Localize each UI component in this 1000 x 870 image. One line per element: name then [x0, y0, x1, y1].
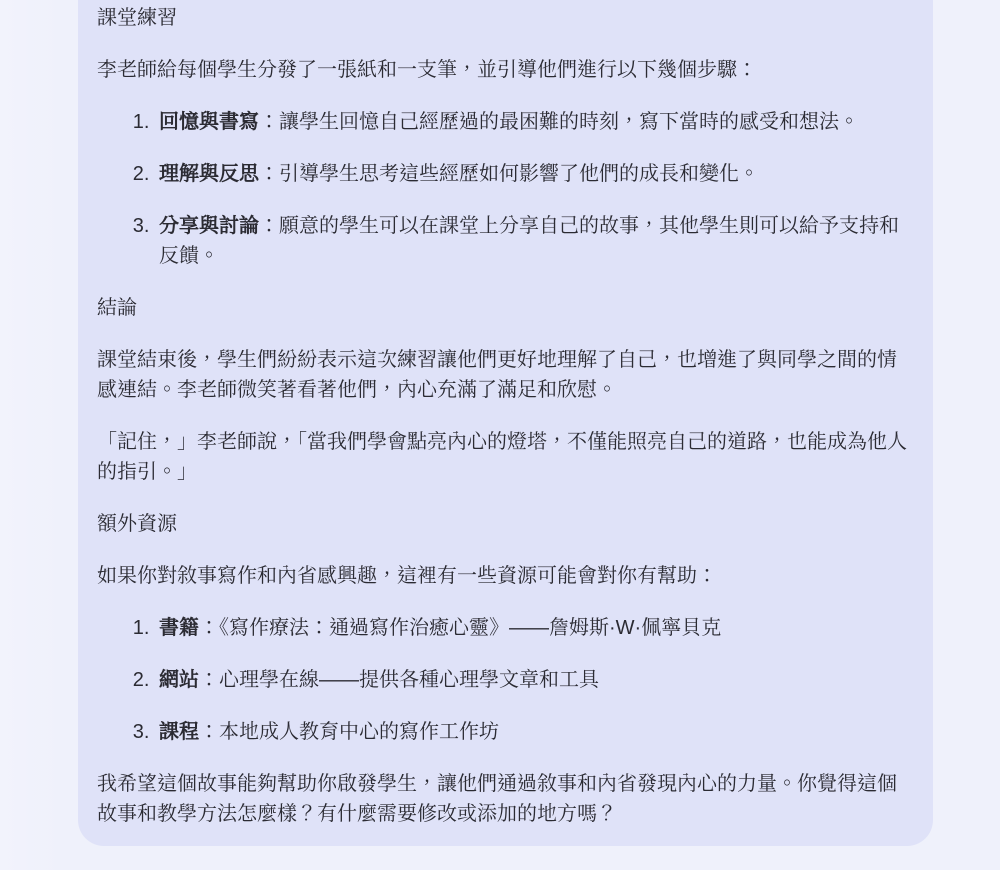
resource-term: 課程	[159, 721, 199, 743]
list-item-step-3: 分享與討論：願意的學生可以在課堂上分享自己的故事，其他學生則可以給予支持和反饋。	[155, 211, 912, 271]
resource-text: ：本地成人教育中心的寫作工作坊	[199, 721, 499, 743]
paragraph-classroom-intro: 李老師給每個學生分發了一張紙和一支筆，並引導他們進行以下幾個步驟：	[97, 55, 912, 85]
paragraph-resources-intro: 如果你對敘事寫作和內省感興趣，這裡有一些資源可能會對你有幫助：	[97, 561, 912, 591]
paragraph-conclusion-quote: 「記住，」李老師說，「當我們學會點亮內心的燈塔，不僅能照亮自己的道路，也能成為他…	[97, 427, 912, 487]
list-item-resource-1: 書籍：《寫作療法：通過寫作治癒心靈》——詹姆斯·W·佩寧貝克	[155, 613, 912, 643]
paragraph-conclusion: 課堂結束後，學生們紛紛表示這次練習讓他們更好地理解了自己，也增進了與同學之間的情…	[97, 345, 912, 405]
classroom-steps-list: 回憶與書寫：讓學生回憶自己經歷過的最困難的時刻，寫下當時的感受和想法。 理解與反…	[97, 107, 912, 271]
resource-term: 網站	[159, 669, 199, 691]
resource-text: ：心理學在線——提供各種心理學文章和工具	[199, 669, 599, 691]
resource-text: ：《寫作療法：通過寫作治癒心靈》——詹姆斯·W·佩寧貝克	[199, 617, 721, 639]
section-heading-extra-resources: 額外資源	[97, 509, 912, 539]
section-heading-classroom-exercise: 課堂練習	[97, 3, 912, 33]
paragraph-closing: 我希望這個故事能夠幫助你啟發學生，讓他們通過敘事和內省發現內心的力量。你覺得這個…	[97, 769, 912, 829]
list-item-step-2: 理解與反思：引導學生思考這些經歷如何影響了他們的成長和變化。	[155, 159, 912, 189]
step-text: ：引導學生思考這些經歷如何影響了他們的成長和變化。	[259, 163, 759, 185]
resource-term: 書籍	[159, 617, 199, 639]
list-item-resource-3: 課程：本地成人教育中心的寫作工作坊	[155, 717, 912, 747]
step-term: 分享與討論	[159, 215, 259, 237]
step-text: ：讓學生回憶自己經歷過的最困難的時刻，寫下當時的感受和想法。	[259, 111, 859, 133]
assistant-message-content: 課堂練習 李老師給每個學生分發了一張紙和一支筆，並引導他們進行以下幾個步驟： 回…	[78, 0, 933, 846]
section-heading-conclusion: 結論	[97, 293, 912, 323]
step-term: 回憶與書寫	[159, 111, 259, 133]
resources-list: 書籍：《寫作療法：通過寫作治癒心靈》——詹姆斯·W·佩寧貝克 網站：心理學在線—…	[97, 613, 912, 747]
assistant-message: 課堂練習 李老師給每個學生分發了一張紙和一支筆，並引導他們進行以下幾個步驟： 回…	[78, 0, 933, 846]
list-item-resource-2: 網站：心理學在線——提供各種心理學文章和工具	[155, 665, 912, 695]
step-text: ：願意的學生可以在課堂上分享自己的故事，其他學生則可以給予支持和反饋。	[159, 215, 899, 267]
conversation-background: 課堂練習 李老師給每個學生分發了一張紙和一支筆，並引導他們進行以下幾個步驟： 回…	[0, 0, 1000, 870]
list-item-step-1: 回憶與書寫：讓學生回憶自己經歷過的最困難的時刻，寫下當時的感受和想法。	[155, 107, 912, 137]
step-term: 理解與反思	[159, 163, 259, 185]
